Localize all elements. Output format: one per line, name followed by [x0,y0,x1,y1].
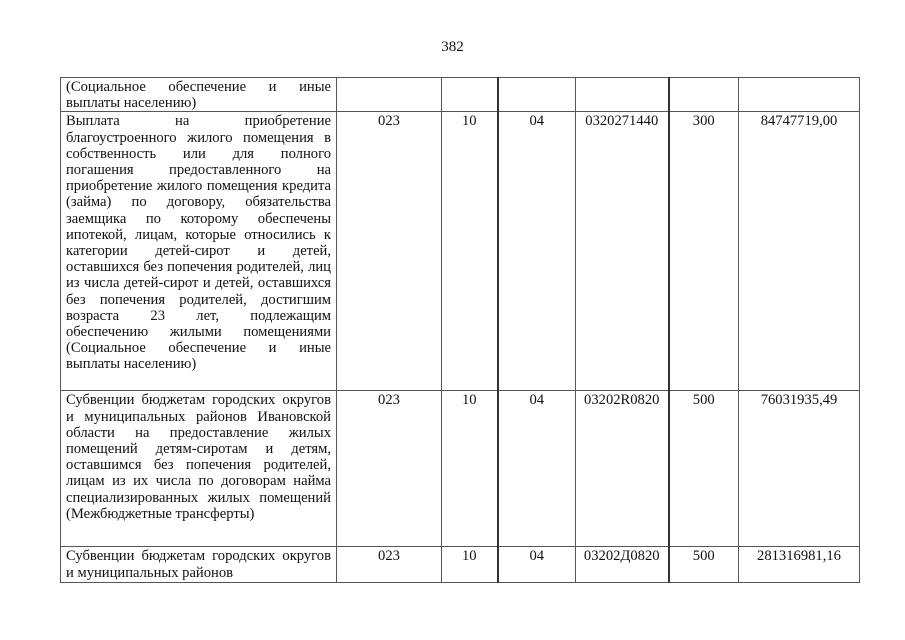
table-row: (Социальное обеспечение и иные выплаты н… [61,78,860,112]
page-number: 382 [0,38,905,56]
sum-cell [739,78,860,112]
csr-cell: 0320271440 [576,112,669,391]
sum-cell: 76031935,49 [739,391,860,547]
podrazdel-cell [498,78,576,112]
table-row: Субвенции бюджетам городских округов и м… [61,547,860,583]
vr-cell: 500 [669,391,739,547]
row-name-cell: Субвенции бюджетам городских округов и м… [61,391,337,547]
ved-cell [337,78,442,112]
ved-cell: 023 [337,391,442,547]
table-row: Выплата на приобретение благоустроенного… [61,112,860,391]
podrazdel-cell: 04 [498,391,576,547]
razdel-cell [442,78,498,112]
razdel-cell: 10 [442,112,498,391]
razdel-cell: 10 [442,391,498,547]
razdel-cell: 10 [442,547,498,583]
vr-cell: 300 [669,112,739,391]
table-row: Субвенции бюджетам городских округов и м… [61,391,860,547]
row-name-cell: (Социальное обеспечение и иные выплаты н… [61,78,337,112]
vr-cell: 500 [669,547,739,583]
row-name: Субвенции бюджетам городских округов и м… [66,392,331,522]
csr-cell: 03202Д0820 [576,547,669,583]
csr-cell: 03202R0820 [576,391,669,547]
row-name-cell: Субвенции бюджетам городских округов и м… [61,547,337,583]
budget-table: (Социальное обеспечение и иные выплаты н… [60,77,860,583]
row-name: Выплата на приобретение благоустроенного… [66,113,331,372]
vr-cell [669,78,739,112]
ved-cell: 023 [337,112,442,391]
csr-cell [576,78,669,112]
row-name: Субвенции бюджетам городских округов и м… [66,548,331,580]
podrazdel-cell: 04 [498,547,576,583]
row-name-cell: Выплата на приобретение благоустроенного… [61,112,337,391]
sum-cell: 281316981,16 [739,547,860,583]
ved-cell: 023 [337,547,442,583]
row-name: (Социальное обеспечение и иные выплаты н… [66,79,331,111]
sum-cell: 84747719,00 [739,112,860,391]
podrazdel-cell: 04 [498,112,576,391]
